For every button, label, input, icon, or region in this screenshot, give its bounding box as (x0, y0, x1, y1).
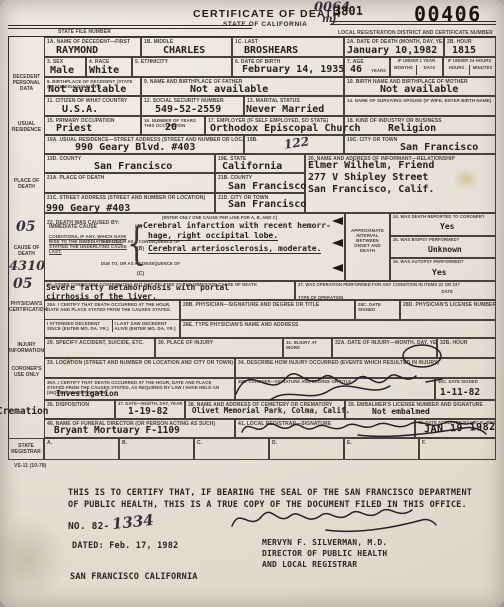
field-months-label: MONTHS (391, 65, 416, 75)
cause-line-c-prefix: (C) (135, 270, 146, 278)
field-under-1-year-label: IF UNDER 1 YEAR (391, 58, 442, 65)
value-race: White (89, 65, 119, 76)
value-death-county: San Francisco (228, 181, 306, 192)
paper-stain (0, 515, 66, 605)
certify-text-line1: THIS IS TO CERTIFY THAT, IF BEARING THE … (68, 488, 472, 498)
value-residence-city: San Francisco (400, 142, 478, 153)
value-occupation: Priest (56, 123, 92, 134)
value-residence-state: California (222, 161, 282, 172)
field-death-street-label: 21C. STREET ADDRESS (STREET AND NUMBER O… (45, 194, 214, 202)
field-injury-hour: 32B. HOUR (437, 338, 496, 358)
field-accident-type: 29. SPECIFY ACCIDENT, SUICIDE, ETC. (44, 338, 155, 358)
value-first-name: RAYMOND (56, 45, 98, 56)
value-reported-to-coroner: Yes (440, 222, 454, 231)
cause-line-b-prefix: (B) (135, 245, 146, 253)
registrar-cell-f: F. (419, 438, 496, 460)
field-under-24-hours-label: IF UNDER 24 HOURS (444, 58, 495, 65)
value-informant-line2: 277 V Shipley Street (308, 172, 428, 183)
value-other-conditions-1: Severe fatty metamorphosis with portal (46, 283, 229, 292)
value-death-street: 990 Geary #403 (46, 203, 130, 214)
field-27-date-label: DATE (440, 289, 456, 296)
certificate-no-label: NO. 82- (68, 522, 109, 532)
value-mother: Not available (380, 84, 458, 95)
section-physician-certification: PHYSICIAN'S CERTIFICATION (9, 301, 44, 313)
field-24-label: 24. WAS DEATH REPORTED TO CORONER? (391, 214, 495, 221)
field-ethnicity-label: 5. ETHNICITY (133, 58, 231, 66)
value-residence-street: 990 Geary Blvd. #403 (75, 142, 195, 153)
field-physician-license: 28D. PHYSICIAN'S LICENSE NUMBER (400, 300, 496, 320)
signer-name: MERVYN F. SILVERMAN, M.D. (262, 538, 387, 548)
value-other-conditions-2: cirrhosis of the liver. (46, 292, 157, 301)
local-registrar-signature (238, 414, 490, 440)
value-hour-of-death: 1815 (452, 45, 476, 56)
section-decedent-personal-data: DECEDENT PERSONAL DATA (9, 74, 44, 92)
value-marital-status: Never Married (246, 104, 324, 115)
margin-code-1: 05 (16, 221, 35, 233)
registrar-cell-a-label: A. (45, 439, 118, 447)
cause-immediate-label: IMMEDIATE CAUSE (47, 223, 99, 231)
field-28d-label: 28D. PHYSICIAN'S LICENSE NUMBER (401, 301, 495, 309)
field-29-label: 29. SPECIFY ACCIDENT, SUICIDE, ETC. (45, 339, 154, 347)
approx-interval-label: APPROXIMATE INTERVAL BETWEEN ONSET AND D… (346, 214, 389, 254)
section-coroner-use-only: CORONER'S USE ONLY (9, 366, 44, 378)
value-cause-line-a: Cerebral infarction with recent hemorr- (143, 221, 331, 230)
value-industry: Religion (388, 123, 436, 134)
registrar-cell-c-label: C. (195, 439, 268, 447)
form-number: VS-11 (10-78) (12, 462, 48, 470)
field-surviving-spouse: 14. NAME OF SURVIVING SPOUSE (IF WIFE, E… (344, 96, 496, 116)
death-certificate-document: CERTIFICATE OF DEATH STATE OF CALIFORNIA… (0, 0, 504, 607)
value-disposition-date: 1-19-82 (128, 406, 168, 417)
field-disposition: 36. DISPOSITION (44, 400, 115, 419)
value-cause-line-b: Cerebral arteriosclerosis, moderate. (148, 244, 321, 254)
field-25-label: 25. WAS BIOPSY PERFORMED? (391, 237, 495, 244)
field-age-unit-label: YEARS (369, 68, 388, 75)
section-usual-residence: USUAL RESIDENCE (9, 121, 44, 133)
registrar-cell-d-label: D. (270, 439, 343, 447)
state-registrar-label: STATE REGISTRAR (9, 439, 43, 455)
field-days-label: DAYS (416, 65, 442, 75)
field-28b-label: 28B. PHYSICIAN—SIGNATURE AND DEGREE OR T… (181, 301, 354, 309)
field-if-under-1-year: IF UNDER 1 YEAR MONTHS DAYS (390, 57, 443, 77)
section-injury-information: INJURY INFORMATION (9, 342, 44, 354)
registrar-cell-f-label: F. (420, 439, 495, 447)
registrar-cell-e-label: E. (345, 439, 418, 447)
value-middle-name: CHARLES (163, 45, 205, 56)
registrar-cell-b-label: B. (120, 439, 193, 447)
field-28e-label: 28E. TYPE PHYSICIAN'S NAME AND ADDRESS (181, 321, 495, 329)
field-approx-interval: APPROXIMATE INTERVAL BETWEEN ONSET AND D… (345, 213, 390, 281)
value-biopsy: Unknown (428, 245, 462, 254)
stamp-small-number: 3801 (334, 5, 363, 18)
value-informant-line3: San Francisco, Calif. (308, 184, 434, 195)
value-employer: Orthodox Episcopal Church (210, 123, 361, 134)
arrow-marker (332, 264, 343, 272)
arrow-marker (332, 217, 343, 225)
value-sex: Male (50, 65, 74, 76)
arrow-marker (332, 239, 343, 247)
field-physician-name-address: 28E. TYPE PHYSICIAN'S NAME AND ADDRESS (180, 320, 496, 338)
field-36-label: 36. DISPOSITION (45, 401, 114, 409)
section-cause-of-death: CAUSE OF DEATH (9, 245, 44, 257)
field-28a-lastsaw-label: I LAST SAW DECEDENT ALIVE (ENTER MO. DA.… (112, 320, 180, 332)
margin-code-2: 4310 (9, 261, 45, 273)
certificate-no-handwritten: 1334 (111, 514, 154, 530)
registrar-cell-d: D. (269, 438, 344, 460)
state-file-number-label: STATE FILE NUMBER (56, 28, 113, 36)
value-funeral-director: Bryant Mortuary F-1109 (54, 425, 180, 436)
field-32b-label: 32B. HOUR (438, 339, 495, 347)
value-disposition: Cremation (0, 406, 48, 417)
margin-code-3: 05 (13, 278, 32, 290)
state-registrar-cell: STATE REGISTRAR (8, 438, 44, 460)
double-rule-left (8, 25, 252, 29)
field-hours-label: HOURS (444, 65, 469, 75)
value-19b-handwritten: 122 (283, 135, 309, 150)
field-if-under-24-hours: IF UNDER 24 HOURS HOURS MINUTES (443, 57, 496, 77)
registrar-cell-e: E. (344, 438, 419, 460)
field-physician-certify: 28A. I CERTIFY THAT DEATH OCCURRED AT TH… (44, 300, 180, 338)
certify-text-line2: OF PUBLIC HEALTH, THIS IS A TRUE COPY OF… (68, 500, 467, 510)
signer-title-1: DIRECTOR OF PUBLIC HEALTH (262, 549, 387, 559)
registrar-cell-b: B. (119, 438, 194, 460)
city-line: SAN FRANCISCO CALIFORNIA (70, 572, 198, 582)
field-injury-location: 33. LOCATION (STREET AND NUMBER OR LOCAT… (44, 358, 235, 378)
signer-title-2: AND LOCAL REGISTRAR (262, 560, 357, 570)
field-28a-text: 28A. I CERTIFY THAT DEATH OCCURRED AT TH… (45, 301, 177, 313)
field-26-label: 26. WAS AUTOPSY PERFORMED? (391, 259, 495, 266)
value-cause-line-a2: hage, right occipital lobe. (148, 231, 278, 241)
value-informant-line1: Elmer Wilhelm, Friend (308, 160, 434, 171)
field-28a-attended-label: I ATTENDED DECEDENT SINCE (ENTER MO. DA.… (45, 320, 112, 332)
field-physician-date-signed: 28C. DATE SIGNED (355, 300, 400, 320)
field-33-label: 33. LOCATION (STREET AND NUMBER OR LOCAT… (45, 359, 234, 367)
field-27-label: 27. WAS OPERATION PERFORMED FOR ANY COND… (296, 282, 495, 289)
value-death-city: San Francisco (228, 199, 306, 210)
field-operation: 27. WAS OPERATION PERFORMED FOR ANY COND… (295, 281, 496, 300)
value-age: 46 (350, 64, 362, 75)
value-date-of-death: January 10,1982 (347, 45, 437, 56)
value-birthplace: Not available (48, 84, 126, 95)
value-autopsy: Yes (432, 268, 446, 277)
dated-line: DATED: Feb. 17, 1982 (72, 541, 178, 551)
field-place-of-death-label: 21A. PLACE OF DEATH (45, 174, 214, 182)
field-surviving-spouse-label: 14. NAME OF SURVIVING SPOUSE (IF WIFE, E… (345, 97, 495, 104)
field-minutes-label: MINUTES (469, 65, 495, 75)
field-28c-label: 28C. DATE SIGNED (356, 301, 399, 313)
value-citizenship: U.S.A. (62, 104, 98, 115)
field-place-of-death: 21A. PLACE OF DEATH (44, 173, 215, 193)
value-years-occupation: 20 (165, 122, 177, 133)
value-last-name: BROSHEARS (244, 45, 298, 56)
value-ssn: 549-52-2559 (155, 104, 221, 115)
field-ethnicity: 5. ETHNICITY (132, 57, 232, 77)
field-physician-signature: 28B. PHYSICIAN—SIGNATURE AND DEGREE OR T… (180, 300, 355, 320)
double-rule-right (330, 21, 496, 25)
value-residence-county: San Francisco (94, 161, 172, 172)
coroner-signature (230, 342, 445, 404)
section-place-of-death: PLACE OF DEATH (9, 178, 44, 190)
value-date-of-birth: February 14, 1935 (242, 64, 344, 75)
value-coroner-date: 1-11-82 (440, 387, 480, 398)
value-father: Not available (190, 84, 268, 95)
registrar-cell-c: C. (194, 438, 269, 460)
registrar-cell-a: A. (44, 438, 119, 460)
value-inquest: Investigation (56, 389, 119, 398)
cause-due-to-2: DUE TO, OR AS A CONSEQUENCE OF (99, 261, 182, 268)
